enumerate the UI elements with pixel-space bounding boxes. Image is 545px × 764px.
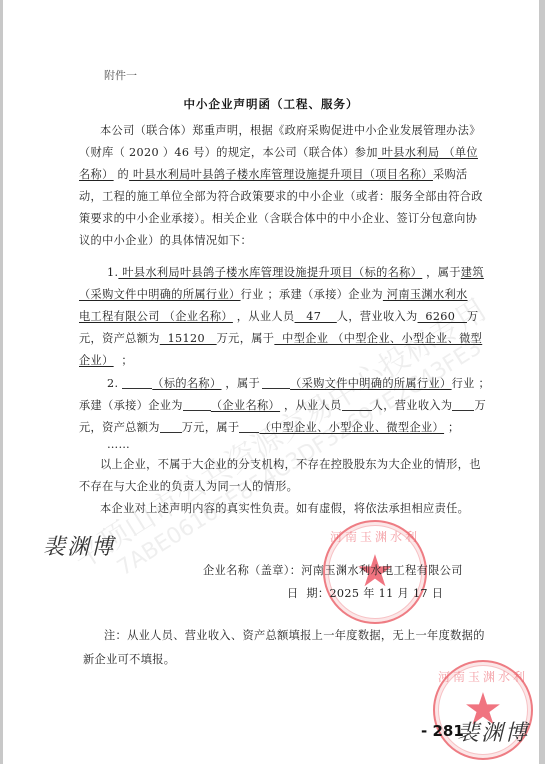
text: 万元，属于 <box>217 332 275 345</box>
text: 人，营业收入为 <box>372 399 453 412</box>
annex-label: 附件一 <box>104 67 137 83</box>
blank-field <box>183 398 211 411</box>
filled-revenue: 6260 <box>418 310 467 323</box>
filled-assets: 15120 <box>160 332 217 345</box>
item1-line2: （采购文件中明确的所属行业）行业 ；承建（承接）企业为 河南玉渊水利水 <box>79 288 475 302</box>
text: 元，资产总额为 <box>79 421 160 434</box>
filled-company: 河南玉渊水利水 <box>383 288 468 301</box>
paragraph1-line3: 名称） 的 叶县水利局叶县鸽子楼水库管理设施提升项目（项目名称）采购活 <box>79 168 475 182</box>
blank-bid-name: （标的名称） <box>152 377 221 390</box>
text: 采购活 <box>433 168 468 181</box>
date-label: 日 期： <box>287 587 329 600</box>
handwritten-signature: 裴渊博 <box>43 530 115 561</box>
date-line: 日 期：2025 年 11 月 17 日 <box>287 585 443 601</box>
text: 万元，属于 <box>182 421 240 434</box>
text: ，属于 <box>422 266 461 279</box>
item1-line4: 元，资产总额为 15120 万元，属于 中型企业 （中型企业、小型企业、微型 <box>79 332 475 346</box>
note-line2: 新企业可不填报。 <box>83 651 175 667</box>
filled-employees: 47 <box>295 310 337 323</box>
company-name: 河南玉渊水利水电工程有限公司 <box>301 564 463 577</box>
blank-enterprise-size: （中型企业、小型企业、微型企业） <box>259 421 444 434</box>
blank-industry: （采购文件中明确的所属行业） <box>290 377 452 390</box>
item1-line3: 电工程有限公司 （企业名称） ，从业人员 47 人，营业收入为 6260 万 <box>79 310 475 324</box>
paragraph1-line6: 议的中小企业）的具体情况如下： <box>79 234 475 248</box>
blank-field <box>122 376 152 389</box>
note-line1: 注：从业人员、营业收入、资产总额填报上一年度数据，无上一年度数据的 <box>104 627 485 643</box>
text: 人，营业收入为 <box>337 310 418 323</box>
blank-assets <box>160 420 182 433</box>
text: ； <box>444 421 459 434</box>
paragraph2-line1: 以上企业，不属于大企业的分支机构，不存在控股股东为大企业的情形，也 <box>100 458 496 472</box>
text: 的 <box>114 168 129 181</box>
item2-line3: 元，资产总额为万元，属于（中型企业、小型企业、微型企业） ； <box>79 420 475 435</box>
item-number: 1. <box>107 266 118 279</box>
filled-enterprise-size-cont: 企业） <box>79 354 114 367</box>
stamp-ring-text: 河南玉渊水利 <box>435 668 531 685</box>
filled-unit-name-cont: 名称） <box>79 168 114 181</box>
item2-line1: 2. （标的名称） ，属于（采购文件中明确的所属行业）行业 ； <box>107 376 503 391</box>
text: ，从业人员 <box>280 399 342 412</box>
date-value: 2025 年 11 月 17 日 <box>329 587 443 600</box>
filled-industry-cont: （采购文件中明确的所属行业） <box>79 288 241 301</box>
paragraph3: 本企业对上述声明内容的真实性负责。如有虚假，将依法承担相应责任。 <box>100 502 496 516</box>
item1-line1: 1. 叶县水利局叶县鸽子楼水库管理设施提升项目（标的名称） ，属于建筑 <box>107 266 503 280</box>
text: 元，资产总额为 <box>79 332 160 345</box>
blank-revenue <box>452 398 474 411</box>
page-title: 中小企业声明函（工程、服务） <box>3 96 539 112</box>
item2-line2: 承建（承接）企业为（企业名称） ，从业人员人，营业收入为万 <box>79 398 475 413</box>
text: 万 <box>474 399 486 412</box>
filled-company-cont: 电工程有限公司 （企业名称） <box>79 310 233 323</box>
paragraph1-line2: （财库（ 2020 ）46 号）的规定，本公司（联合体）参加 叶县水利局 （单位 <box>79 146 475 160</box>
filled-project-name: 叶县水利局叶县鸽子楼水库管理设施提升项目（项目名称） <box>129 168 433 181</box>
item-number: 2. <box>107 377 118 390</box>
text: 万 <box>467 310 479 323</box>
blank-field <box>262 376 290 389</box>
filled-enterprise-size: 中型企业 （中型企业、小型企业、微型 <box>274 332 482 345</box>
stamp-ring-text: 河南玉渊水利 <box>325 528 425 545</box>
text: ，从业人员 <box>233 310 295 323</box>
paragraph2-line2: 不存在与大企业的负责人为同一人的情形。 <box>79 480 475 494</box>
company-line: 企业名称（盖章）：河南玉渊水利水电工程有限公司 <box>203 562 463 578</box>
text: ，属于 <box>222 377 261 390</box>
blank-employees <box>342 398 372 411</box>
filled-unit-name: 叶县水利局 （单位 <box>378 146 478 159</box>
item1-line5: 企业） ； <box>79 354 475 368</box>
page-signature: 裴渊博 <box>457 716 529 747</box>
text: 承建（承接）企业为 <box>79 399 183 412</box>
paragraph1-line4: 动，工程的施工单位全部为符合政策要求的中小企业（或者：服务全部由符合政 <box>79 190 475 204</box>
filled-industry: 建筑 <box>461 266 484 279</box>
blank-field <box>239 420 259 433</box>
text: 行业 ； <box>452 377 491 390</box>
text: 行业 ；承建（承接）企业为 <box>241 288 383 301</box>
blank-company: （企业名称） <box>211 399 280 412</box>
document-page: 平顶山市公共资源交易中心投标专用 7ABE0616EE854C3DF32697E… <box>3 0 539 764</box>
text: ； <box>114 354 133 367</box>
paragraph1-line1: 本公司（联合体）郑重声明，根据《政府采购促进中小企业发展管理办法》 <box>100 124 496 138</box>
paragraph1-line5: 策要求的中小企业承接）。相关企业（含联合体中的中小企业、签订分包意向协 <box>79 212 475 226</box>
company-label: 企业名称（盖章）： <box>203 564 301 577</box>
ellipsis: …… <box>107 438 503 452</box>
text: （财库（ 2020 ）46 号）的规定，本公司（联合体）参加 <box>79 146 378 159</box>
filled-bid-name: 叶县水利局叶县鸽子楼水库管理设施提升项目（标的名称） <box>118 266 422 279</box>
